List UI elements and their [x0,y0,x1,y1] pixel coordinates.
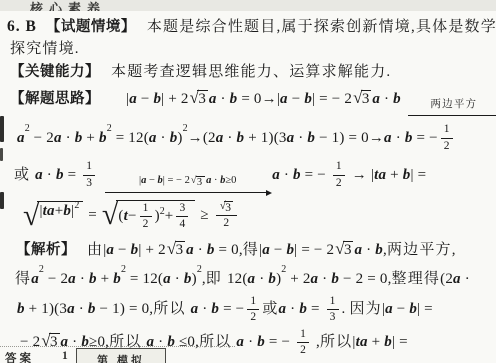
math-run: 2 [444,140,450,153]
text-run: 两边平方, [387,242,457,258]
fraction-numerator: 1 [83,160,95,175]
math-run: | = − 2 [312,91,352,107]
math-variable: a [68,271,76,287]
math-run: | + 2 [161,91,188,107]
section-header: 【解题思路】 [10,91,100,107]
math-run: + [386,167,403,183]
scan-artifact [0,116,4,142]
math-run: + [368,334,385,350]
solution-line: 【关键能力】本题考查逻辑思维能力、运算求解能力. [10,62,496,82]
page-footer: 答案 1 第 模拟 [0,346,235,363]
math-run: 2 [143,218,149,231]
math-variable: b [63,203,71,220]
math-run: | + 2 [138,242,165,258]
math-run: · [62,130,75,146]
math-run: | = [410,167,426,183]
math-run: 1 [250,295,256,308]
fraction-denominator: 3 [86,176,92,190]
superscript: 2 [25,123,30,134]
math-run: · [43,167,56,183]
scanned-solution-page: 核心素养. 6. B【试题情境】本题是综合性题目,属于探索创新情境,具体是数学探… [0,0,496,363]
superscript: 2 [197,264,202,275]
math-variable: b [299,301,307,317]
math-run: 3 [330,311,336,324]
math-run: | = − 2 [294,242,334,258]
labeled-arrow: 两边平方 [408,99,496,116]
sqrt-radical: √(t − 12)2 + 34 [102,200,196,231]
math-variable: a [384,130,392,146]
math-variable: a [163,271,171,287]
fraction-numerator: √3 [216,201,237,217]
math-run: − 1) = 0, [96,301,154,317]
math-run: = [64,167,81,183]
sqrt-radical: √3 [191,176,205,189]
math-variable: b [384,334,392,350]
fraction-denominator: 2 [250,310,256,324]
text-run: 本题考查逻辑思维能力、运算求解能力. [111,64,391,80]
math-run: 3 [86,177,92,190]
math-run: = 0→| [237,91,280,107]
math-run: = − [265,334,294,350]
math-variable: a [54,130,62,146]
solution-line: b + 1)(3a · b − 1) = 0,所以 a · b = −12或a … [17,294,496,324]
math-variable: a [67,301,75,317]
math-variable: b [405,130,413,146]
solution-text: 6. B【试题情境】本题是综合性题目,属于探索创新情境,具体是数学探究情境.【关… [0,11,496,358]
fraction-denominator: 2 [444,139,450,153]
math-run: 1 [86,160,92,173]
clipped-previous-line: 核心素养. [0,0,496,11]
math-run: − [128,208,137,225]
math-run: · [198,301,211,317]
math-run: 1 [444,123,450,136]
solution-line: 探究情境. [10,39,496,59]
arrow-label: |a − b| = − 2√3a · b≥0 [137,175,238,189]
math-variable: b [56,167,64,183]
math-run: + [55,203,64,220]
fraction: 13 [327,295,339,324]
math-run: + [165,208,174,225]
superscript: 2 [39,264,44,275]
fraction: √32 [216,201,237,231]
math-run: 2 [250,311,256,324]
math-run: · [255,271,268,287]
math-variable: b [89,271,97,287]
radicand: |ta + b|2 [37,201,83,220]
text-run: 整理得 [392,271,441,287]
math-run: · [171,271,184,287]
math-variable: a [262,242,270,258]
radicand: 3 [175,241,186,259]
math-run: ) [177,130,182,146]
math-variable: b [304,91,312,107]
text-run: 因为 [349,301,381,317]
section-header: 【关键能力】 [10,64,100,80]
text-run: 或 [14,167,35,183]
superscript: 2 [160,206,165,217]
math-run: · [76,271,89,287]
math-run: + 1)(3 [244,130,286,146]
math-variable: b [113,271,121,287]
math-variable: a [17,130,25,146]
math-run: · [380,91,393,107]
fraction: 12 [333,160,345,189]
clipped-text: 核心素养. [30,0,116,11]
solution-line: 或 a · b = 13|a − b| = − 2√3a · b≥0a · b … [14,157,496,194]
math-variable: a [186,242,194,258]
math-variable: b [268,271,276,287]
fraction-numerator: 1 [140,202,152,217]
math-variable: b [211,301,219,317]
text-run: 所以 [153,301,190,317]
math-run: · [157,130,170,146]
fraction-denominator: 3 [330,310,336,324]
math-variable: a [31,271,39,287]
math-variable: b [17,301,25,317]
math-variable: a [129,91,137,107]
math-variable: b [307,130,315,146]
text-run: 探究情境. [10,41,80,57]
math-run: 1 [143,202,149,215]
text-run: 由 [87,242,103,258]
sqrt-radical: √3 [220,201,233,215]
sqrt-radical: √3 [353,90,371,108]
math-run: − 2 [30,130,54,146]
math-run: = − [301,167,330,183]
solution-line: 【解题思路】|a − b| + 2√3a · b = 0→|a − b| = −… [10,84,496,116]
solution-line: 【解析】由|a − b| + 2√3a · b = 0,得|a − b| = −… [16,239,496,261]
math-run: · [217,91,230,107]
solution-line: 得a2 − 2a · b + b2 = 12(a · b)2,即 12(a · … [15,263,496,291]
math-run: − 2 [44,271,68,287]
math-run: · [280,167,293,183]
radicand: 3 [224,201,233,215]
math-variable: b [99,130,107,146]
math-run: − [146,175,157,186]
fraction: 34 [176,202,188,231]
math-run: − [137,91,154,107]
text-run: 所以 [320,334,352,350]
superscript: 2 [107,123,112,134]
math-run: (2 [440,271,453,287]
math-variable: a [360,334,368,350]
math-run: | = [417,301,433,317]
fraction-numerator: 3 [176,202,188,217]
math-run: 4 [179,218,185,231]
math-variable: a [47,203,55,220]
math-run: − 2 = 0, [339,271,391,287]
footer-page-number: 1 [62,350,71,362]
math-run: − [288,91,305,107]
fraction: 12 [297,328,309,357]
math-run: · [286,301,299,317]
math-variable: b [375,242,383,258]
math-run: 12( [227,271,248,287]
math-run: ≥ [196,207,212,223]
math-variable: b [184,271,192,287]
fraction-numerator: 1 [327,295,339,310]
math-run: · [318,271,331,287]
math-run: · [294,130,307,146]
text-run: 或 [262,301,278,317]
math-variable: a [35,167,43,183]
fraction-numerator: 1 [333,160,345,175]
superscript: 2 [74,200,79,211]
math-variable: b [331,271,339,287]
footer-answer-label: 答案 [5,350,34,363]
fraction: 12 [441,123,453,152]
fraction-numerator: 1 [297,328,309,343]
sqrt-radical: √3 [335,241,353,259]
radicand: 3 [197,90,208,108]
math-run: 1 [336,160,342,173]
sqrt-radical: √3 [190,90,208,108]
math-run: = − [219,301,244,317]
fraction-denominator: 2 [336,176,342,190]
fraction: 12 [247,295,259,324]
math-run: + 1)(3 [25,301,67,317]
math-variable: a [280,91,288,107]
math-run: = 12( [112,130,149,146]
math-run: · [194,242,207,258]
section-header: 【试题情境】 [46,19,136,35]
superscript: 2 [121,264,126,275]
superscript: 2 [183,123,188,134]
math-run: 2 [300,344,306,357]
arrow-label: 两边平方 [428,99,479,111]
solution-line: 6. B【试题情境】本题是综合性题目,属于探索创新情境,具体是数学 [7,17,496,37]
arrow-line [105,188,270,193]
section-header: 【解析】 [16,242,76,258]
math-run: = [84,207,101,223]
math-run: , [312,334,320,350]
math-variable: a [209,91,217,107]
radicand: 3 [343,241,354,259]
math-variable: a [272,167,280,183]
fraction-numerator: 1 [247,295,259,310]
solution-line: a2 − 2a · b + b2 = 12(a · b)2→(2a · b + … [17,118,496,154]
radicand: (t − 12)2 + 34 [116,200,195,231]
math-run: · [244,334,257,350]
math-run: 2 [336,177,342,190]
math-run: | = − 2 [163,175,190,186]
math-variable: a [453,271,461,287]
math-run: 2 [223,217,229,230]
superscript: 2 [281,264,286,275]
fraction: 12 [140,202,152,231]
arrow-line [408,111,496,116]
math-run: = − [413,130,438,146]
fraction-denominator: 4 [179,217,185,231]
math-variable: b [409,301,417,317]
fraction-denominator: 2 [223,216,229,230]
math-run: + [97,271,114,287]
text-run: 两边平方 [430,99,477,110]
sqrt-radical: √3 [167,241,185,259]
math-variable: a [236,334,244,350]
text-run: 即 [206,271,227,287]
math-run: − [114,242,131,258]
solution-line: √|ta + b|2 = √(t − 12)2 + 34 ≥ √32 [22,195,496,235]
math-run: − 1) = 0→ [315,130,384,146]
math-run: = 12( [126,271,163,287]
math-run: + [82,130,99,146]
math-run: + 2 [286,271,310,287]
math-variable: b [257,334,265,350]
math-variable: a [106,242,114,258]
fraction: 13 [83,160,95,189]
math-variable: b [293,167,301,183]
fraction-denominator: 2 [143,217,149,231]
math-run: ≥0 [225,175,236,186]
text-run: 得 [243,242,259,258]
math-run: = [307,301,324,317]
fraction-denominator: 2 [300,343,306,357]
fraction-numerator: 1 [441,123,453,138]
math-run: · [223,130,236,146]
math-variable: b [207,242,215,258]
math-run: → | [348,167,374,183]
math-variable: a [372,91,380,107]
scan-artifact [0,148,3,161]
math-run: = 0, [215,242,243,258]
labeled-arrow: |a − b| = − 2√3a · b≥0 [105,175,270,194]
radicand: 3 [361,90,372,108]
math-variable: a [385,301,393,317]
text-run: 得 [15,271,31,287]
scan-artifact [0,192,4,209]
math-run: →(2 [188,130,216,146]
math-run: · [75,301,88,317]
radicand: 3 [196,176,205,189]
math-run: − [270,242,287,258]
math-variable: b [88,301,96,317]
footer-section-box: 第 模拟 [76,348,166,363]
math-run: 1 [330,295,336,308]
math-run: · [461,271,470,287]
math-variable: b [393,91,401,107]
math-run: 3 [179,202,185,215]
sqrt-radical: √|ta + b|2 [23,201,83,231]
math-variable: a [149,130,157,146]
math-run: | = [392,334,408,350]
question-number: 6. B [7,18,37,35]
math-run: · [392,130,405,146]
text-run: 本题是综合性题目,属于探索创新情境,具体是数学 [147,19,496,35]
math-run: · [211,175,220,186]
math-run: − [393,301,410,317]
math-run: 1 [300,328,306,341]
math-run: · [362,242,375,258]
